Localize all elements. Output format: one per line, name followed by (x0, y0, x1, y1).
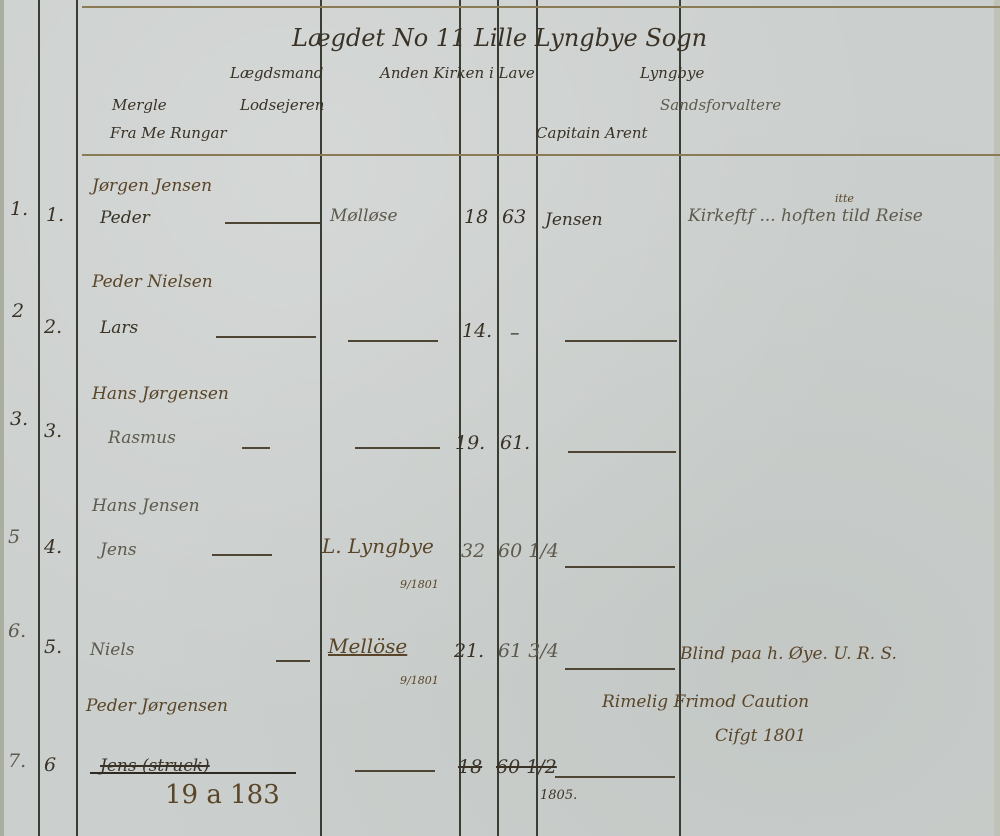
row6-date-note: 1805. (540, 788, 577, 803)
row1-age: 18 (464, 206, 488, 228)
row2-name-line2: Lars (100, 318, 138, 338)
header-lyngbye: Lyngbye (640, 64, 704, 82)
row6-dash-2 (555, 776, 675, 778)
header-anden-kirken: Anden Kirken i Lave (380, 64, 535, 82)
row4-dash-1 (212, 554, 272, 556)
row3-dash-1 (242, 447, 270, 449)
row5-height: 61 3/4 (498, 640, 559, 662)
row3-age: 19. (455, 432, 485, 454)
header-rule (82, 154, 1000, 156)
row6-strike-line (90, 772, 296, 774)
row3-outer-number: 3. (10, 408, 28, 430)
row5-place-date: 9/1801 (400, 674, 439, 687)
row6-name-line1: Peder Jørgensen (86, 696, 228, 716)
row4-age: 32 (461, 540, 485, 562)
row2-dash-3 (565, 340, 677, 342)
row4-place-date: 9/1801 (400, 578, 439, 591)
row2-dash-2 (348, 340, 438, 342)
row3-dash-2 (355, 447, 440, 449)
page-title: Lægdet No 11 Lille Lyngbye Sogn (292, 24, 707, 52)
row2-inner-number: 2. (44, 316, 62, 338)
row4-name-line1: Hans Jensen (92, 496, 200, 516)
row5-place: Mellöse (328, 634, 407, 658)
row5-age: 21. (454, 640, 484, 662)
page-edge-right (994, 0, 1000, 836)
row2-dash-1 (216, 336, 316, 338)
row6-inner-number: 6 (44, 754, 56, 776)
header-lægdsmand: Lægdsmand (230, 64, 323, 82)
row2-height: – (510, 322, 520, 344)
row6-age: 18 (458, 756, 482, 778)
row5-note-date: Cifgt 1801 (715, 726, 806, 746)
row4-dash-2 (565, 566, 675, 568)
row1-note-mid: Jensen (545, 210, 603, 230)
row5-inner-number: 5. (44, 636, 62, 658)
header-mergle: Mergle (112, 96, 167, 114)
column-rule-5 (497, 0, 499, 836)
column-rule-2 (76, 0, 78, 836)
header-capitain-arent: Capitain Arent (536, 124, 648, 142)
row3-inner-number: 3. (44, 420, 62, 442)
row4-place: L. Lyngbye (322, 534, 434, 558)
row1-outer-number: 1. (10, 198, 28, 220)
header-fra-me-rungar: Fra Me Rungar (110, 124, 227, 142)
row1-name-line2: Peder (100, 208, 150, 228)
header-lodsejeren: Lodsejeren (240, 96, 324, 114)
header-sandsforvaltere: Sandsforvaltere (660, 96, 781, 114)
row2-age: 14. (462, 320, 492, 342)
row6-name-line3: 19 a 183 (165, 780, 280, 810)
row4-name-line2: Jens (100, 540, 137, 560)
row1-name-line1: Jørgen Jensen (92, 176, 212, 196)
row6-dash-1 (355, 770, 435, 772)
row3-height: 61. (500, 432, 530, 454)
row5-note-caution: Rimelig Frimod Caution (602, 692, 809, 712)
row3-name-line2: Rasmus (108, 428, 176, 448)
row1-note-superscript: itte (835, 192, 854, 205)
row3-dash-3 (568, 451, 676, 453)
row2-outer-number: 2 (12, 300, 24, 322)
ledger-page: Lægdet No 11 Lille Lyngbye Sogn Lægdsman… (0, 0, 1000, 836)
row5-dash-2 (565, 668, 675, 670)
row1-place: Mølløse (330, 206, 398, 226)
row1-dash (225, 222, 320, 224)
row1-height: 63 (502, 206, 526, 228)
row6-outer-number: 7. (8, 750, 26, 772)
column-rule-4 (459, 0, 461, 836)
column-rule-1 (38, 0, 40, 836)
row4-outer-number: 5 (8, 526, 20, 548)
row4-height: 60 1/4 (498, 540, 559, 562)
column-rule-3 (320, 0, 322, 836)
row1-note-right: Kirkeftf ... hoften tild Reise (688, 206, 923, 226)
row5-name-line1: Niels (90, 640, 135, 660)
row2-name-line1: Peder Nielsen (92, 272, 213, 292)
row5-dash-1 (276, 660, 310, 662)
row1-inner-number: 1. (46, 204, 64, 226)
row4-inner-number: 4. (44, 536, 62, 558)
row3-name-line1: Hans Jørgensen (92, 384, 229, 404)
row5-note-right: Blind paa h. Øye. U. R. S. (680, 644, 897, 664)
page-edge-left (0, 0, 4, 836)
row5-outer-number: 6. (8, 620, 26, 642)
top-rule (82, 6, 1000, 8)
row6-height: 60 1/2 (496, 756, 557, 778)
